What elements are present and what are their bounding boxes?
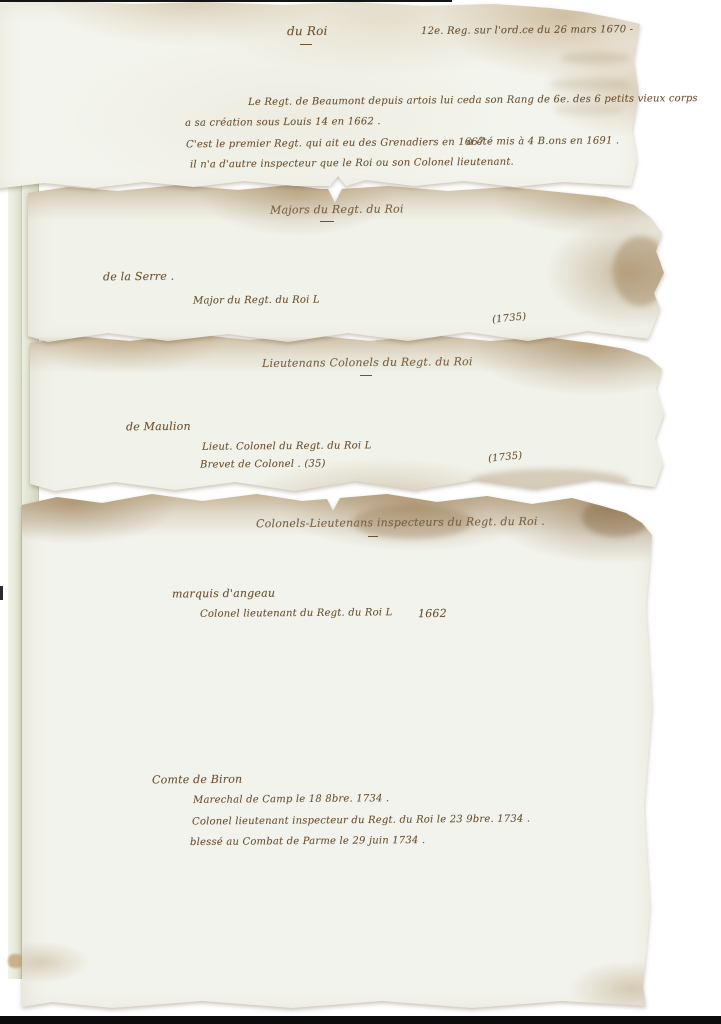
paper-sheet	[28, 181, 668, 348]
manuscript-sheet-lieutenans-colonels	[30, 329, 670, 507]
paper-stain	[613, 236, 668, 306]
paper-sheet	[0, 0, 644, 198]
paper-stain	[470, 469, 630, 495]
manuscript-sheet-regiment-du-roi	[0, 0, 644, 198]
manuscript-sheet-majors	[28, 181, 668, 348]
paper-stain	[352, 505, 472, 539]
scan-edge-bottom	[0, 1016, 721, 1024]
ink-bleedthrough	[554, 104, 624, 116]
ink-bleedthrough	[560, 52, 630, 64]
scan-edge-mark	[0, 586, 3, 600]
paper-sheet	[30, 329, 670, 507]
scanned-manuscript-page: du Roi 12e. Reg. sur l'ord.ce du 26 mars…	[0, 0, 721, 1024]
page-edge-strip	[8, 182, 22, 979]
manuscript-sheet-colonels-lieutenans	[22, 487, 656, 1015]
paper-sheet	[22, 487, 656, 1015]
ink-bleedthrough	[550, 78, 630, 90]
scan-edge-top	[0, 0, 452, 2]
